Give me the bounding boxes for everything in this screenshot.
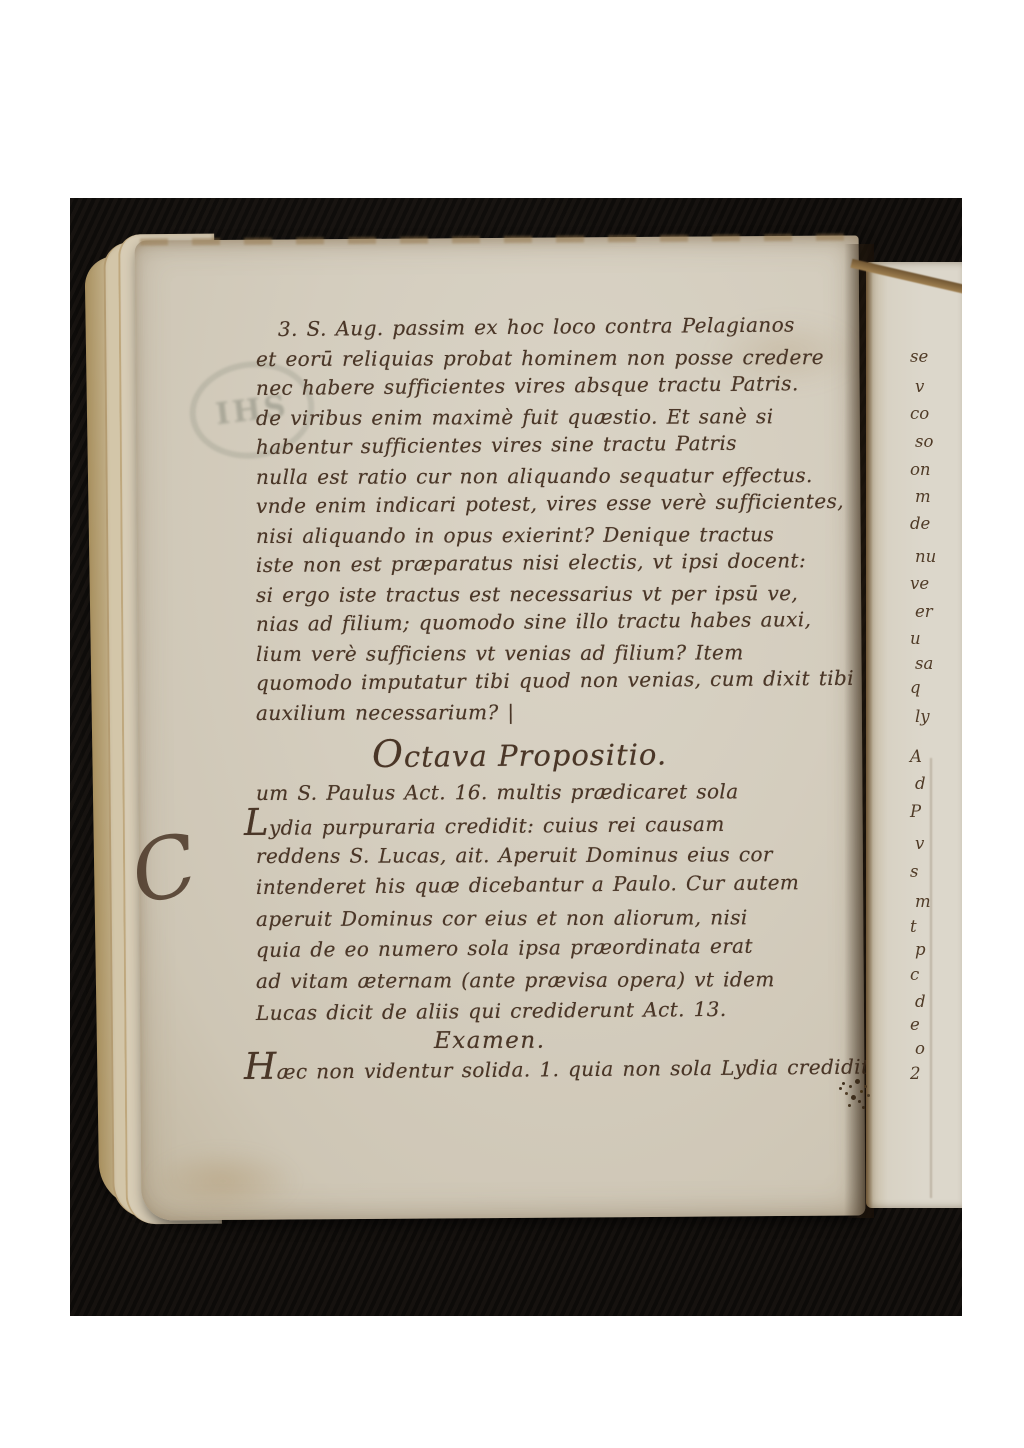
manuscript-line: 3. S. Aug. passim ex hoc loco contra Pel… <box>278 311 862 346</box>
facing-line-fragment: ve <box>910 574 929 593</box>
facing-line-fragment: sa <box>915 654 933 673</box>
facing-line-fragment: P <box>910 802 921 821</box>
manuscript-line: Lydia purpuraria credidit: cuius rei cau… <box>244 805 862 842</box>
facing-line-fragment: so <box>915 432 933 451</box>
facing-line-fragment: o <box>915 1039 925 1058</box>
facing-line-fragment: m <box>915 487 931 506</box>
facing-line-fragment: er <box>915 602 933 621</box>
manuscript-line: Lucas dicit de aliis qui crediderunt Act… <box>256 993 862 1030</box>
facing-line-fragment: c <box>910 965 919 984</box>
manuscript-line: quia de eo numero sola ipsa præordinata … <box>256 931 862 968</box>
facing-line-fragment: v <box>915 834 924 853</box>
facing-line-fragment: e <box>910 1015 920 1034</box>
facing-line-fragment: nu <box>915 547 936 566</box>
manuscript-heading: Octava Propositio. <box>372 729 862 779</box>
manuscript-line: iste non est præparatus nisi electis, vt… <box>256 547 862 582</box>
manuscript-line: nec habere sufficientes vires absque tra… <box>256 370 862 405</box>
facing-line-fragment: A <box>910 747 922 766</box>
ink-speckles <box>842 1082 845 1085</box>
facing-line-fragment: ly <box>915 707 930 726</box>
handwritten-text-block: 3. S. Aug. passim ex hoc loco contra Pel… <box>256 316 862 1086</box>
facing-line-fragment: p <box>915 940 926 959</box>
facing-line-fragment: de <box>910 514 930 533</box>
facing-line-fragment: on <box>910 460 931 479</box>
manuscript-line: auxilium necessarium? | <box>256 697 862 729</box>
facing-line-fragment: d <box>915 774 926 793</box>
manuscript-line: quomodo imputatur tibi quod non venias, … <box>256 665 862 700</box>
manuscript-line: vnde enim indicari potest, vires esse ve… <box>256 488 862 523</box>
facing-line-fragment: s <box>910 862 918 881</box>
facing-line-fragment: q <box>910 678 921 697</box>
facing-line-fragment: d <box>915 992 926 1011</box>
screenshot-root: { "colors": { "backdrop": "#100d0b", "pa… <box>0 0 1024 1448</box>
facing-line-fragment: co <box>910 404 929 423</box>
facing-line-fragment: 2 <box>910 1064 921 1083</box>
facing-line-fragment: v <box>915 377 924 396</box>
manuscript-photo: IHS C 3. S. Aug. passim ex hoc loco cont… <box>70 198 962 1316</box>
facing-line-fragment: u <box>910 629 921 648</box>
facing-line-fragment: se <box>910 347 928 366</box>
manuscript-line: nias ad filium; quomodo sine illo tractu… <box>256 606 862 641</box>
facing-page-text-fragments: sevcosoonmdenuveerusaqlyAdPvsmtpcdeo2 <box>902 198 962 1316</box>
manuscript-line: habentur sufficientes vires sine tractu … <box>256 429 862 464</box>
manuscript-line: intenderet his quæ dicebantur a Paulo. C… <box>256 868 862 905</box>
paper-stain <box>148 1148 298 1214</box>
manuscript-line: Hæc non videntur solida. 1. quia non sol… <box>244 1049 862 1086</box>
facing-line-fragment: t <box>910 917 917 936</box>
facing-line-fragment: m <box>915 892 931 911</box>
